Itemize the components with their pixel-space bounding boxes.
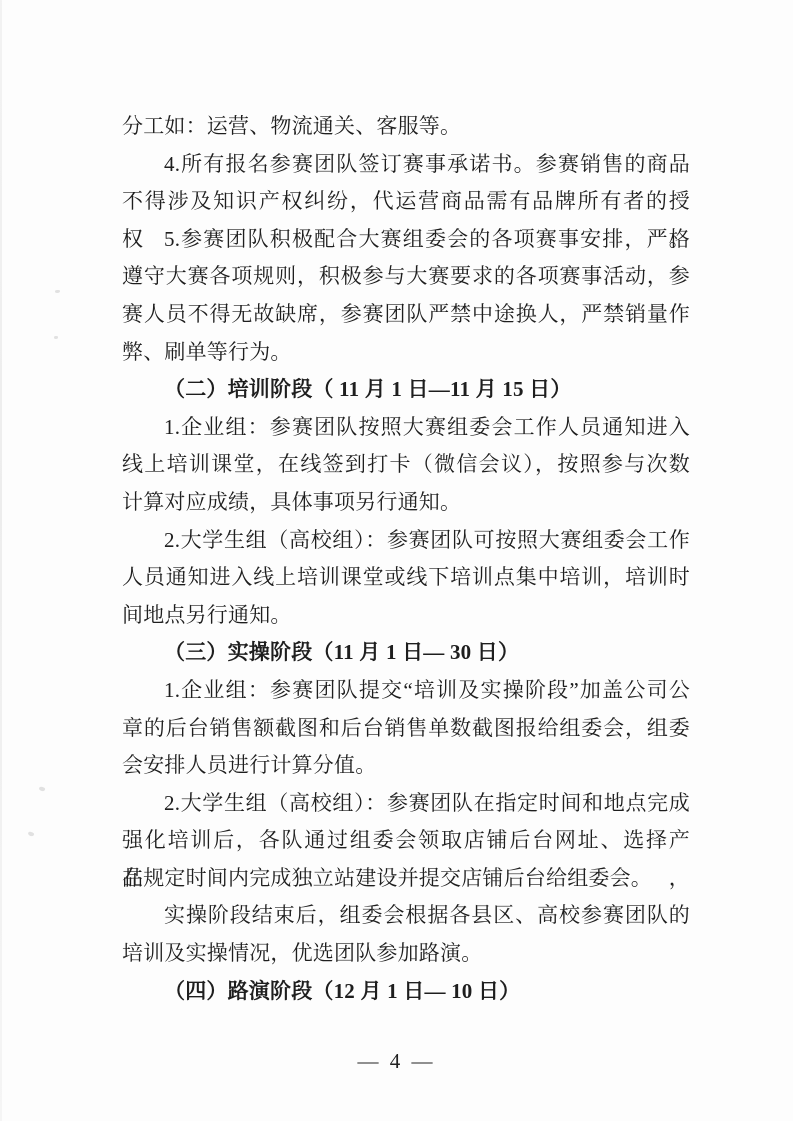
- page-number: — 4 —: [0, 1043, 793, 1081]
- text-line: （二）培训阶段（ 11 月 1 日—11 月 15 日）: [122, 371, 690, 409]
- text-line: （三）实操阶段（11 月 1 日— 30 日）: [122, 634, 690, 672]
- scanned-document-page: 分工如：运营、物流通关、客服等。4.所有报名参赛团队签订赛事承诺书。参赛销售的商…: [0, 0, 793, 1121]
- scan-speck: [27, 831, 34, 837]
- text-line: 计算对应成绩，具体事项另行通知。: [122, 484, 690, 522]
- text-line: 2.大学生组（高校组）：参赛团队可按照大赛组委会工作: [122, 522, 690, 560]
- text-line: 人员通知进入线上培训课堂或线下培训点集中培训，培训时: [122, 559, 690, 597]
- text-line: 2.大学生组（高校组）：参赛团队在指定时间和地点完成: [122, 785, 690, 823]
- text-line: 1.企业组：参赛团队按照大赛组委会工作人员通知进入: [122, 409, 690, 447]
- text-line: 会安排人员进行计算分值。: [122, 747, 690, 785]
- scan-speck: [55, 290, 60, 293]
- text-line: 培训及实操情况，优选团队参加路演。: [122, 935, 690, 973]
- text-line: 弊、刷单等行为。: [122, 334, 690, 372]
- text-line: 5.参赛团队积极配合大赛组委会的各项赛事安排，严格: [122, 221, 690, 259]
- text-line: （四）路演阶段（12 月 1 日— 10 日）: [122, 973, 690, 1011]
- text-line: 4.所有报名参赛团队签订赛事承诺书。参赛销售的商品: [122, 146, 690, 184]
- text-line: 间地点另行通知。: [122, 597, 690, 635]
- text-line: 1.企业组：参赛团队提交“培训及实操阶段”加盖公司公: [122, 672, 690, 710]
- scan-speck: [54, 336, 58, 339]
- document-body: 分工如：运营、物流通关、客服等。4.所有报名参赛团队签订赛事承诺书。参赛销售的商…: [122, 108, 690, 1010]
- scan-speck: [38, 786, 45, 792]
- scan-edge-artifact: [0, 0, 2, 1121]
- text-line: 章的后台销售额截图和后台销售单数截图报给组委会，组委: [122, 710, 690, 748]
- text-line: 赛人员不得无故缺席，参赛团队严禁中途换人，严禁销量作: [122, 296, 690, 334]
- text-line: 在规定时间内完成独立站建设并提交店铺后台给组委会。: [122, 860, 690, 898]
- text-line: 实操阶段结束后，组委会根据各县区、高校参赛团队的: [122, 897, 690, 935]
- text-line: 不得涉及知识产权纠纷，代运营商品需有品牌所有者的授权。: [122, 183, 690, 221]
- text-line: 分工如：运营、物流通关、客服等。: [122, 108, 690, 146]
- text-line: 线上培训课堂，在线签到打卡（微信会议），按照参与次数: [122, 446, 690, 484]
- text-line: 遵守大赛各项规则，积极参与大赛要求的各项赛事活动，参: [122, 258, 690, 296]
- text-line: 强化培训后，各队通过组委会领取店铺后台网址、选择产品，: [122, 822, 690, 860]
